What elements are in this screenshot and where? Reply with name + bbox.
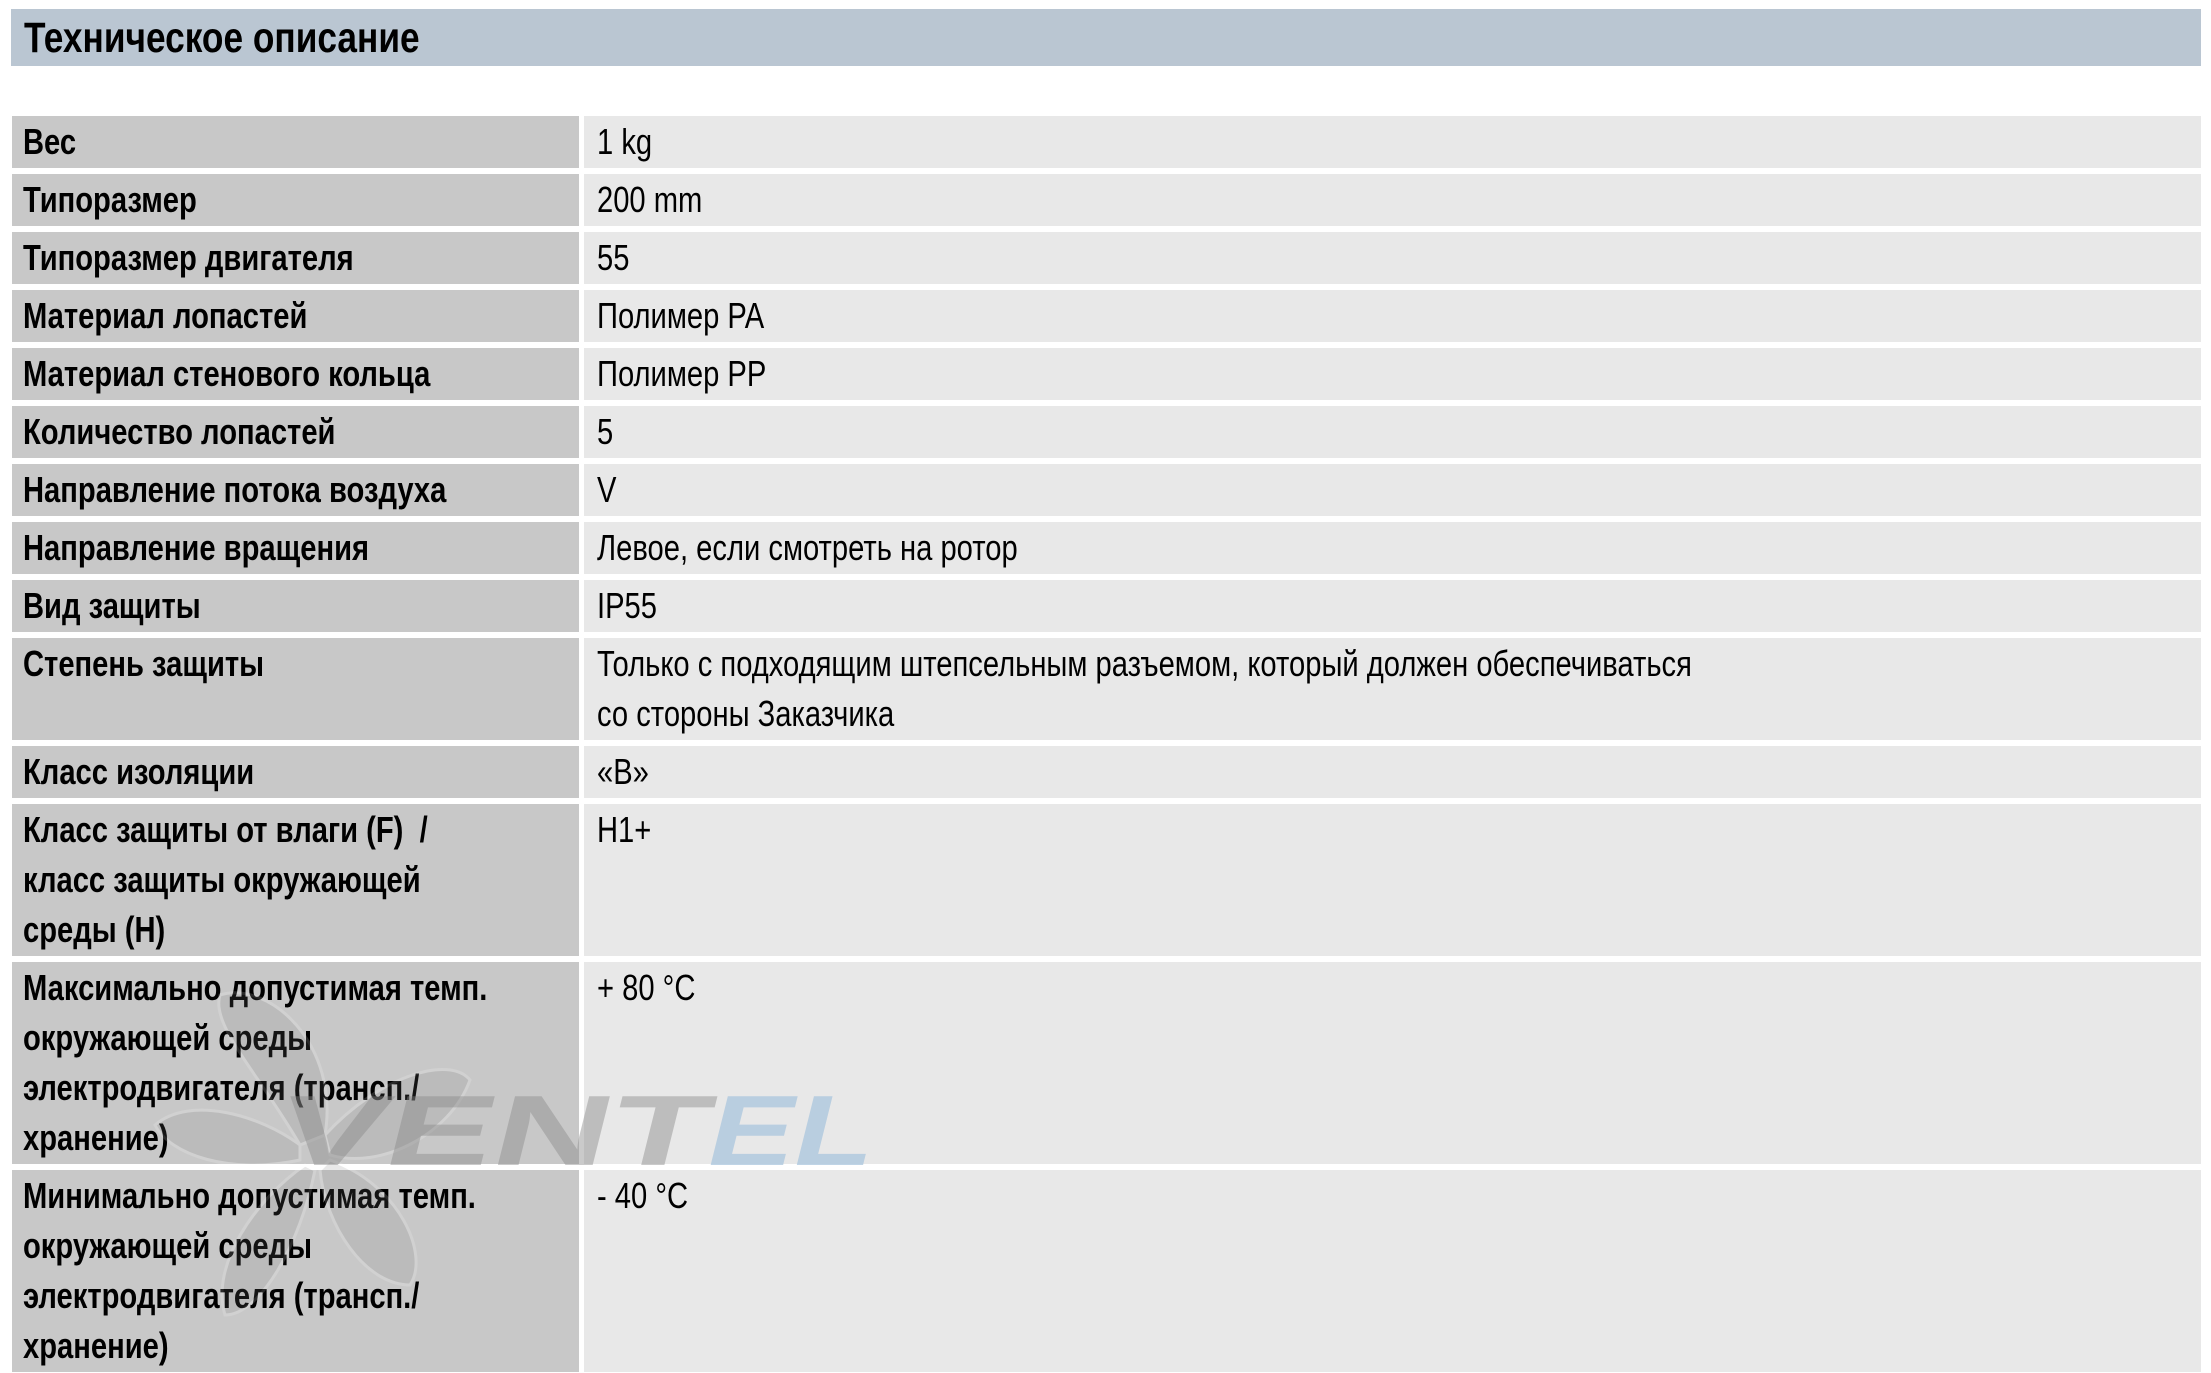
- spec-table: Вес 1 kg Типоразмер 200 mm Типоразмер дв…: [12, 116, 2201, 1373]
- spec-label-cell: Вес: [12, 116, 579, 168]
- spec-value: 5: [597, 407, 1896, 457]
- spec-label-cell: Типоразмер двигателя: [12, 232, 579, 284]
- spec-value: Полимер PA: [597, 291, 1896, 341]
- spec-label: Минимально допустимая темп. окружающей с…: [23, 1171, 473, 1371]
- spec-row-blade-count: Количество лопастей 5: [12, 406, 2201, 458]
- spec-value: + 80 °C: [597, 963, 1896, 1013]
- spec-value: V: [597, 465, 1896, 515]
- spec-value: Полимер PP: [597, 349, 1896, 399]
- spec-value-cell: Левое, если смотреть на ротор: [584, 522, 2201, 574]
- spec-label: Направление вращения: [23, 523, 473, 573]
- spec-value: 200 mm: [597, 175, 1896, 225]
- spec-value: H1+: [597, 805, 1896, 855]
- spec-label: Максимально допустимая темп. окружающей …: [23, 963, 473, 1163]
- spec-row-motor-size: Типоразмер двигателя 55: [12, 232, 2201, 284]
- spec-row-protection-degree: Степень защиты Только с подходящим штепс…: [12, 638, 2201, 740]
- spec-label-cell: Количество лопастей: [12, 406, 579, 458]
- spec-value-cell: 200 mm: [584, 174, 2201, 226]
- spec-label: Материал лопастей: [23, 291, 473, 341]
- spec-value-cell: Только с подходящим штепсельным разъемом…: [584, 638, 2201, 740]
- spec-value: IP55: [597, 581, 1896, 631]
- spec-value-cell: V: [584, 464, 2201, 516]
- spec-value-cell: 55: [584, 232, 2201, 284]
- spec-label-cell: Типоразмер: [12, 174, 579, 226]
- spec-value: Только с подходящим штепсельным разъемом…: [597, 639, 1896, 739]
- spec-label-cell: Направление вращения: [12, 522, 579, 574]
- spec-row-protection-type: Вид защиты IP55: [12, 580, 2201, 632]
- spec-value-cell: + 80 °C: [584, 962, 2201, 1164]
- spec-label-cell: Материал стенового кольца: [12, 348, 579, 400]
- spec-label-cell: Вид защиты: [12, 580, 579, 632]
- spec-label: Типоразмер: [23, 175, 473, 225]
- spec-row-size: Типоразмер 200 mm: [12, 174, 2201, 226]
- spec-label-cell: Направление потока воздуха: [12, 464, 579, 516]
- spec-label: Степень защиты: [23, 639, 473, 689]
- spec-row-min-temperature: Минимально допустимая темп. окружающей с…: [12, 1170, 2201, 1372]
- spec-row-insulation-class: Класс изоляции «B»: [12, 746, 2201, 798]
- spec-row-rotation-direction: Направление вращения Левое, если смотрет…: [12, 522, 2201, 574]
- section-header: Техническое описание: [11, 9, 2201, 66]
- spec-value: 55: [597, 233, 1896, 283]
- spec-value-cell: IP55: [584, 580, 2201, 632]
- spec-label: Класс изоляции: [23, 747, 473, 797]
- spec-label-cell: Степень защиты: [12, 638, 579, 740]
- spec-row-humidity-class: Класс защиты от влаги (F) / класс защиты…: [12, 804, 2201, 956]
- spec-value-cell: H1+: [584, 804, 2201, 956]
- spec-label: Направление потока воздуха: [23, 465, 473, 515]
- spec-row-blade-material: Материал лопастей Полимер PA: [12, 290, 2201, 342]
- spec-value-cell: Полимер PA: [584, 290, 2201, 342]
- spec-value: «B»: [597, 747, 1896, 797]
- spec-value: - 40 °C: [597, 1171, 1896, 1221]
- spec-label: Вес: [23, 117, 473, 167]
- spec-label-cell: Класс защиты от влаги (F) / класс защиты…: [12, 804, 579, 956]
- spec-value-cell: - 40 °C: [584, 1170, 2201, 1372]
- spec-label: Количество лопастей: [23, 407, 473, 457]
- spec-label-cell: Максимально допустимая темп. окружающей …: [12, 962, 579, 1164]
- spec-value-cell: «B»: [584, 746, 2201, 798]
- spec-label: Класс защиты от влаги (F) / класс защиты…: [23, 805, 473, 955]
- spec-value-cell: 1 kg: [584, 116, 2201, 168]
- spec-value-cell: Полимер PP: [584, 348, 2201, 400]
- spec-value-cell: 5: [584, 406, 2201, 458]
- spec-value: 1 kg: [597, 117, 1896, 167]
- spec-label-cell: Материал лопастей: [12, 290, 579, 342]
- spec-row-ring-material: Материал стенового кольца Полимер PP: [12, 348, 2201, 400]
- spec-label-cell: Класс изоляции: [12, 746, 579, 798]
- spec-row-max-temperature: Максимально допустимая темп. окружающей …: [12, 962, 2201, 1164]
- spec-row-weight: Вес 1 kg: [12, 116, 2201, 168]
- spec-row-airflow-direction: Направление потока воздуха V: [12, 464, 2201, 516]
- spec-label: Материал стенового кольца: [23, 349, 473, 399]
- spec-label: Типоразмер двигателя: [23, 233, 473, 283]
- section-title: Техническое описание: [24, 13, 420, 63]
- spec-label: Вид защиты: [23, 581, 473, 631]
- spec-value: Левое, если смотреть на ротор: [597, 523, 1896, 573]
- spec-label-cell: Минимально допустимая темп. окружающей с…: [12, 1170, 579, 1372]
